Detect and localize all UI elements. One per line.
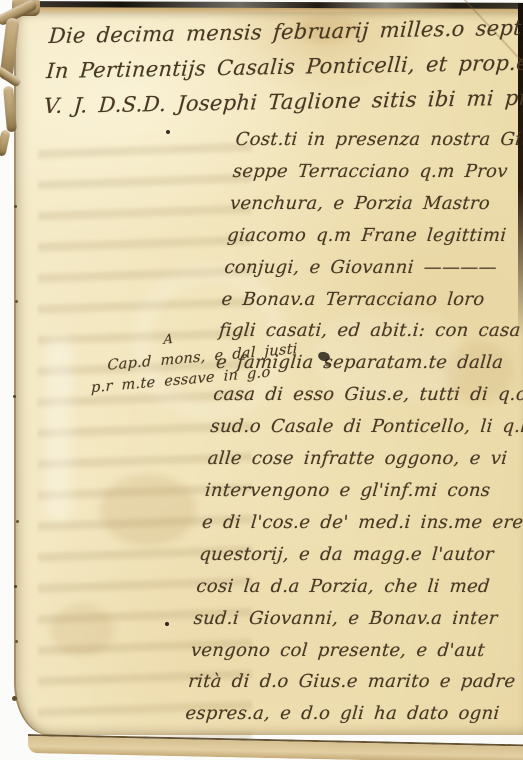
ink-dot [166, 130, 170, 134]
body-line: alle cose infratte oggono, e vi [206, 443, 523, 475]
twine-strand [0, 129, 11, 156]
body-line: conjugi, e Giovanni ———— [223, 252, 523, 284]
body-line: rità di d.o Gius.e marito e padre [187, 666, 523, 698]
body-line: vengono col presente, e d'aut [190, 635, 523, 667]
header-text-block: Die decima mensis februarij milles.o sep… [43, 6, 523, 124]
body-line: Cost.ti in presenza nostra Giu [234, 124, 523, 156]
ink-dot [165, 622, 169, 626]
page-edge-specks [14, 205, 17, 208]
body-line: intervengono e gl'inf.mi cons [204, 475, 523, 507]
body-line: questorij, e da magg.e l'autor [198, 539, 523, 571]
body-line: venchura, e Porzia Mastro [229, 188, 523, 220]
body-line: e famiglia separatam.te dalla [215, 347, 523, 379]
body-line: sud.o Casale di Ponticello, li q.li [209, 411, 523, 443]
body-line: cosi la d.a Porzia, che li med [195, 571, 523, 603]
body-text-block: Cost.ti in presenza nostra Giu seppe Ter… [184, 124, 523, 730]
paper-stain [100, 474, 196, 546]
body-line: seppe Terracciano q.m Prov [231, 156, 523, 188]
body-line: giacomo q.m Frane legittimi [226, 220, 523, 252]
paper-stain [50, 604, 114, 656]
body-line: figli casati, ed abit.i: con casa [217, 315, 523, 347]
body-line: espres.a, e d.o gli ha dato ogni [184, 698, 523, 730]
photo-background: Die decima mensis februarij milles.o sep… [0, 0, 523, 760]
faint-watermark [46, 334, 72, 522]
twine-strand [3, 86, 17, 133]
body-line: e Bonav.a Terracciano loro [220, 284, 523, 316]
body-line: sud.i Giovanni, e Bonav.a inter [192, 603, 523, 635]
body-line: e di l'cos.e de' med.i ins.me eredi [201, 507, 523, 539]
body-line: casa di esso Gius.e, tutti di q.o [212, 379, 523, 411]
underlying-page-edge [28, 734, 523, 760]
